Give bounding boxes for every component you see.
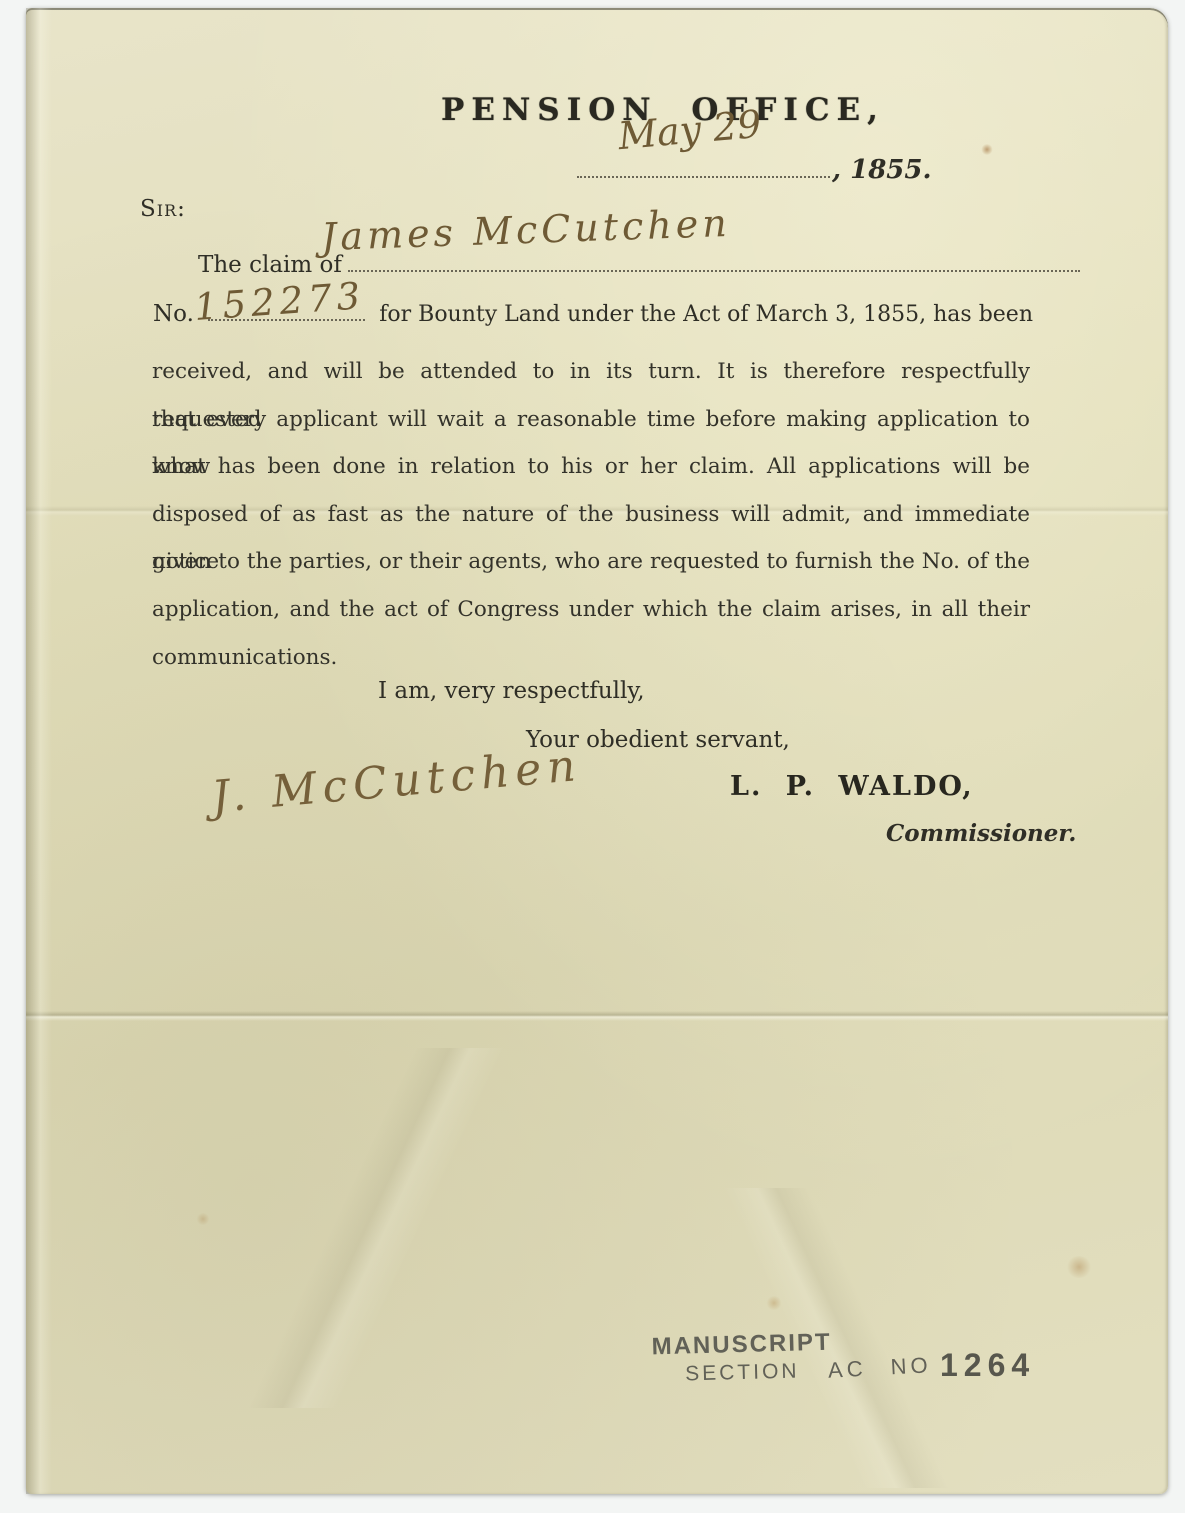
body-line: that every applicant will wait a reasona… xyxy=(152,396,1030,444)
date-printed-year: , 1855. xyxy=(832,155,932,185)
body-paragraph: received, and will be attended to in its… xyxy=(152,348,1030,681)
stamp-line-2: SECTION xyxy=(652,1359,833,1388)
body-line: communications. xyxy=(152,634,1030,682)
closing-line-1: I am, very respectfully, xyxy=(378,678,645,704)
number-prefix: No. xyxy=(153,301,194,327)
body-line: what has been done in relation to his or… xyxy=(152,443,1030,491)
body-line: disposed of as fast as the nature of the… xyxy=(152,491,1030,539)
stamp-accession-number: 1264 xyxy=(940,1347,1035,1384)
salutation: Sir: xyxy=(140,196,186,222)
paper-wrinkle xyxy=(106,1048,626,1408)
stamp-ac-no-label: AC NO xyxy=(827,1352,932,1383)
body-line: given to the parties, or their agents, w… xyxy=(152,538,1030,586)
body-line: received, and will be attended to in its… xyxy=(152,348,1030,396)
stamp-line-1: MANUSCRIPT xyxy=(651,1329,832,1362)
body-line: application, and the act of Congress und… xyxy=(152,586,1030,634)
fox-spot xyxy=(196,1213,210,1225)
fold-crease-left xyxy=(26,8,52,1494)
fox-spot xyxy=(766,1296,782,1310)
signer-title: Commissioner. xyxy=(886,820,1076,847)
claim-prefix: The claim of xyxy=(198,252,342,278)
fox-spot xyxy=(1066,1256,1092,1278)
stamp-section-block: MANUSCRIPT SECTION xyxy=(651,1329,832,1388)
handwritten-signature: J. McCutchen xyxy=(209,740,583,823)
date-dotted-line xyxy=(577,150,830,178)
letter-paper: PENSION OFFICE, , 1855. May 29 Sir: The … xyxy=(26,8,1168,1494)
archive-stamp: MANUSCRIPT SECTION AC NO 1264 xyxy=(624,1323,1044,1413)
fox-spot xyxy=(981,144,993,155)
number-line-text: for Bounty Land under the Act of March 3… xyxy=(379,302,1033,327)
fold-crease-lower xyxy=(26,1011,1168,1021)
signer-name: L. P. WALDO, xyxy=(730,771,974,802)
